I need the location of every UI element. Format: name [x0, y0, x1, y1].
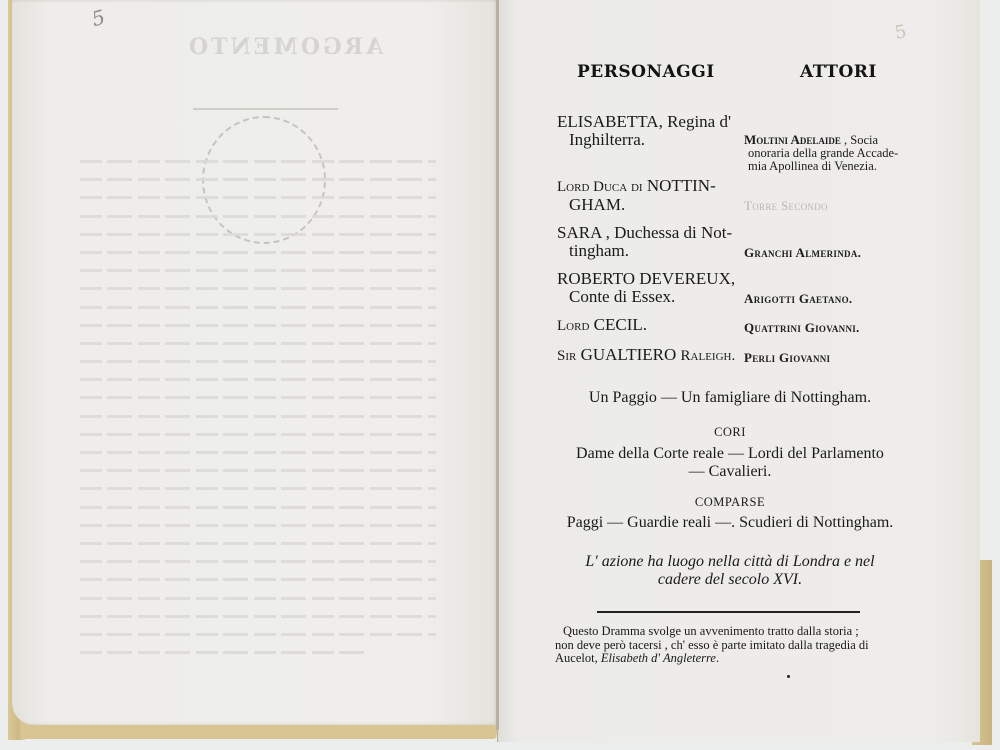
role-line: ELISABETTA, Regina d': [557, 112, 731, 131]
role-line: Inghilterra.: [557, 131, 731, 149]
actor-torre: Torre Secondo: [744, 198, 828, 214]
role-roberto: ROBERTO DEVEREUX, Conte di Essex.: [557, 270, 735, 306]
header-attori: ATTORI: [800, 62, 877, 82]
bleed-through-line: [80, 342, 436, 345]
bleed-through-rule: [193, 108, 338, 110]
bleed-through-line: [80, 396, 436, 399]
bleed-through-line: [80, 160, 436, 163]
extras-line-1: Paggi — Guardie reali —. Scudieri di Not…: [540, 514, 920, 532]
bleed-through-line: [80, 360, 436, 363]
bleed-through-line: [80, 233, 436, 236]
role-line: NOTTIN-: [647, 176, 716, 195]
role-title: Sir: [557, 348, 576, 364]
setting-line-1: L' azione ha luogo nella città di Londra…: [540, 553, 920, 571]
footnote-line: Aucelot, Elisabeth d' Angleterre.: [555, 652, 910, 666]
actor-note: mia Apollinea di Venezia.: [744, 160, 924, 173]
footnote-line: non deve però tacersi , ch' esso è parte…: [555, 639, 910, 653]
bleed-through-line: [80, 178, 436, 181]
header-personaggi: PERSONAGGI: [577, 62, 715, 82]
actor-moltini: Moltini Adelaide , Socia onoraria della …: [744, 133, 924, 173]
bleed-through-line: [80, 433, 436, 436]
actor-perli: Perli Giovanni: [744, 350, 830, 366]
role-cecil: Lord CECIL.: [557, 316, 647, 335]
book-spine: [496, 0, 499, 730]
footnote-rule: [597, 611, 860, 613]
actor-note: , Socia: [844, 133, 878, 147]
role-sara: SARA , Duchessa di Not- tingham.: [557, 224, 732, 260]
bleed-through-line: [80, 469, 436, 472]
minor-roles: Un Paggio — Un famigliare di Nottingham.: [540, 389, 920, 407]
bleed-through-line: [80, 506, 436, 509]
bleed-through-line: [80, 615, 436, 618]
bleed-through-title: ARGOMENTO: [186, 34, 383, 60]
role-title: Lord Duca di: [557, 179, 643, 195]
actor-name: Moltini Adelaide: [744, 132, 841, 147]
open-book: 5 ARGOMENTO 5 PERSONAGGI ATTORI ELISABET…: [0, 0, 1000, 750]
bleed-through-line: [80, 196, 436, 199]
role-line: ROBERTO DEVEREUX,: [557, 269, 735, 288]
chorus-line-1: Dame della Corte reale — Lordi del Parla…: [540, 445, 920, 463]
footnote-author: Aucelot,: [555, 651, 598, 665]
footnote-work-title: Elisabeth d' Angleterre: [601, 651, 716, 665]
footnote-punct: .: [716, 651, 719, 665]
role-raleigh: Sir GUALTIERO Raleigh.: [557, 346, 735, 365]
role-title: Raleigh.: [681, 348, 736, 364]
bleed-through-line: [80, 324, 436, 327]
role-title: Lord: [557, 318, 589, 334]
bleed-through-line: [80, 597, 436, 600]
footnote-line: Questo Dramma svolge un avvenimento trat…: [555, 625, 910, 639]
ink-dot: [787, 675, 790, 678]
bleed-through-line: [80, 578, 436, 581]
role-line: tingham.: [557, 242, 732, 260]
actor-quattrini: Quattrini Giovanni.: [744, 320, 860, 336]
bleed-through-line: [80, 560, 436, 563]
chorus-heading: CORI: [540, 425, 920, 440]
bleed-through-line: [80, 306, 436, 309]
bleed-through-line: [80, 651, 365, 654]
role-nottingham: Lord Duca di NOTTIN- GHAM.: [557, 177, 716, 214]
role-line: GHAM.: [557, 196, 716, 214]
bleed-through-line: [80, 542, 436, 545]
bleed-through-line: [80, 524, 436, 527]
role-line: Conte di Essex.: [557, 288, 735, 306]
bleed-through-line: [80, 215, 436, 218]
bleed-through-line: [80, 269, 436, 272]
actor-arigotti: Arigotti Gaetano.: [744, 291, 852, 307]
role-line: GUALTIERO: [581, 345, 677, 364]
bleed-through-line: [80, 415, 436, 418]
bleed-through-line: [80, 287, 436, 290]
bleed-through-line: [80, 487, 436, 490]
role-elisabetta: ELISABETTA, Regina d' Inghilterra.: [557, 113, 731, 149]
footnote: Questo Dramma svolge un avvenimento trat…: [555, 625, 910, 666]
role-line: SARA , Duchessa di Not-: [557, 223, 732, 242]
bleed-through-line: [80, 633, 436, 636]
chorus-line-2: — Cavalieri.: [540, 463, 920, 481]
bleed-through-line: [80, 378, 436, 381]
extras-heading: COMPARSE: [540, 495, 920, 510]
bleed-through-line: [80, 251, 436, 254]
bleed-through-line: [80, 451, 436, 454]
setting-line-2: cadere del secolo XVI.: [540, 571, 920, 589]
actor-granchi: Granchi Almerinda.: [744, 245, 861, 261]
bleed-through-text: [80, 160, 436, 669]
role-line: CECIL.: [594, 315, 647, 334]
